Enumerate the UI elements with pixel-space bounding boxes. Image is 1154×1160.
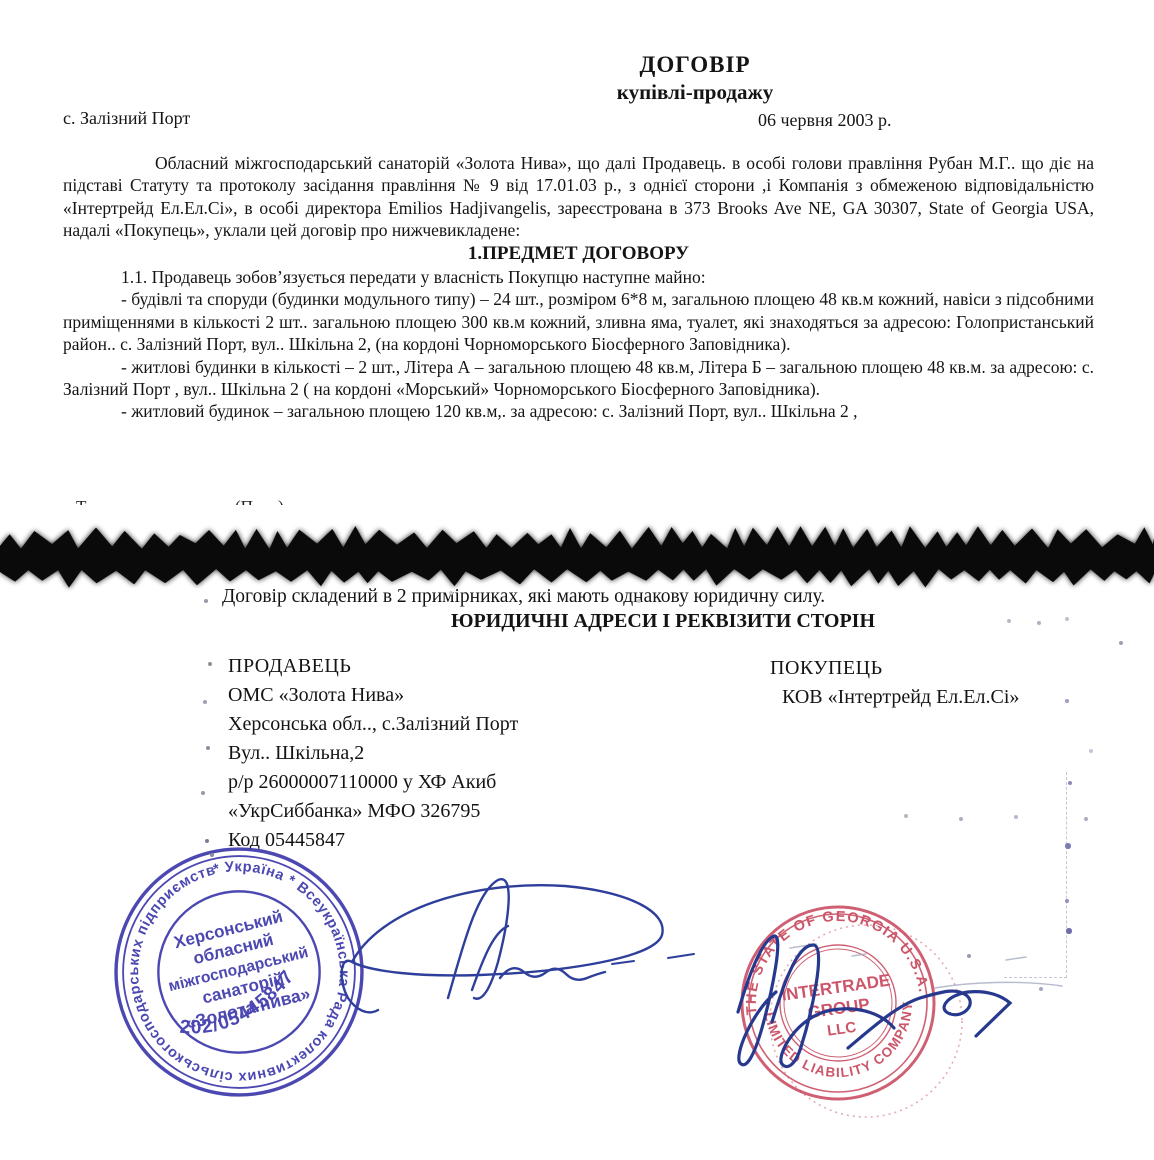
cutoff-fragment: (П	[235, 497, 253, 505]
torn-cutoff-line: Т (П )	[63, 497, 483, 505]
seller-line: Херсонська обл.., с.Залізний Порт	[228, 710, 518, 739]
seller-line: ОМС «Золота Нива»	[228, 681, 518, 710]
date-line: 06 червня 2003 р.	[758, 110, 891, 131]
buyer-stamp-line: LLC	[826, 1019, 857, 1040]
contract-body: Обласний міжгосподарський санаторій «Зол…	[63, 152, 1094, 423]
buyer-column: ПОКУПЕЦЬ КОВ «Інтертрейд Ел.Ел.Сі»	[770, 654, 1019, 712]
addresses-heading: ЮРИДИЧНІ АДРЕСИ І РЕКВІЗИТИ СТОРІН	[451, 610, 875, 633]
scan-noise-speckles	[0, 0, 2, 2]
place-line: с. Залізний Порт	[63, 108, 190, 129]
clause-1-1: 1.1. Продавець зобов’язується передати у…	[63, 266, 1094, 288]
document-title: ДОГОВІР	[639, 52, 750, 78]
seller-line: «УкрСиббанка» МФО 326795	[228, 797, 518, 826]
buyer-line: КОВ «Інтертрейд Ел.Ел.Сі»	[782, 683, 1019, 712]
seller-column: ПРОДАВЕЦЬ ОМС «Золота Нива» Херсонська о…	[228, 652, 518, 855]
buyer-title: ПОКУПЕЦЬ	[770, 654, 1019, 683]
property-item-houses: - житлові будинки в кількості – 2 шт., Л…	[63, 356, 1094, 401]
buyer-round-stamp: THE STATE OF GEORGIA U.S.A. LIMITED LIAB…	[726, 903, 970, 1123]
scanned-contract-page: ДОГОВІР купівлі-продажу с. Залізний Порт…	[0, 0, 1154, 1160]
property-item-buildings: - будівлі та споруди (будинки модульного…	[63, 288, 1094, 355]
property-item-house-120: - житловий будинок – загальною площею 12…	[63, 400, 1094, 422]
seller-round-stamp: * Україна * Всеукраїнська Рада колективн…	[110, 843, 368, 1101]
seller-line: р/р 26000007110000 у ХФ Акиб	[228, 768, 518, 797]
seller-title: ПРОДАВЕЦЬ	[228, 652, 518, 681]
fold-line-horizontal	[1004, 977, 1067, 978]
copies-line: Договір складений в 2 примірниках, які м…	[222, 586, 825, 608]
preamble-paragraph: Обласний міжгосподарський санаторій «Зол…	[63, 152, 1094, 242]
section-1-heading: 1.ПРЕДМЕТ ДОГОВОРУ	[63, 243, 1094, 265]
cutoff-fragment: )	[278, 497, 284, 505]
fold-line-vertical	[1066, 772, 1067, 978]
cutoff-fragment: Т	[76, 497, 86, 505]
document-subtitle: купівлі-продажу	[617, 80, 773, 105]
seller-line: Вул.. Шкільна,2	[228, 739, 518, 768]
seller-signature	[342, 879, 694, 1012]
